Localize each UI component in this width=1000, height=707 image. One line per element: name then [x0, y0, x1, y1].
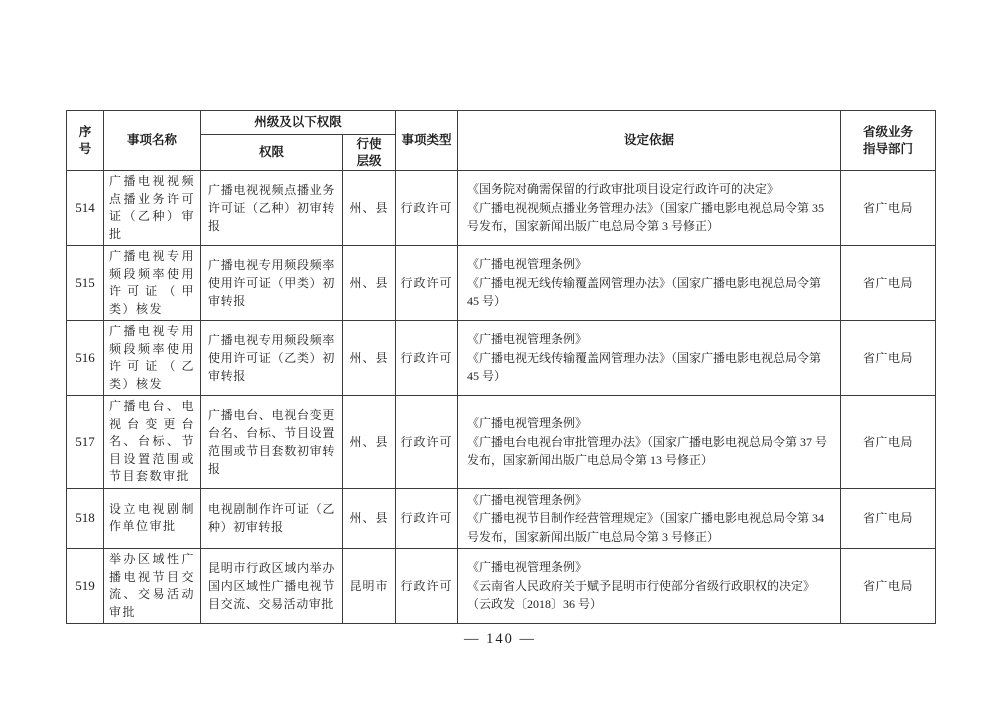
item-name: 广播电台、电视台变更台名、台标、节目设置范围或节目套数审批: [104, 396, 201, 489]
table-row: 517 广播电台、电视台变更台名、台标、节目设置范围或节目套数审批 广播电台、电…: [67, 396, 936, 489]
row-index: 516: [67, 321, 104, 396]
table-row: 518 设立电视剧制作单位审批 电视剧制作许可证（乙种）初审转报 州、县 行政许…: [67, 488, 936, 549]
basis-entry: 《广播电视无线传输覆盖网管理办法》（国家广播电影电视总局令第 45 号）: [467, 349, 831, 386]
basis-entry: 《国务院对确需保留的行政审批项目设定行政许可的决定》: [467, 180, 831, 199]
table-row: 519 举办区域性广播电视节目交流、交易活动审批 昆明市行政区域内举办国内区域性…: [67, 549, 936, 624]
authority-items-table: 序 号 事项名称 州级及以下权限 事项类型 设定依据 省级业务 指导部门 权限 …: [66, 110, 936, 624]
basis-entry: 《广播电视管理条例》: [467, 491, 831, 510]
header-basis: 设定依据: [458, 111, 841, 171]
row-index: 514: [67, 171, 104, 246]
item-basis: 《国务院对确需保留的行政审批项目设定行政许可的决定》 《广播电视视频点播业务管理…: [458, 171, 841, 246]
item-type: 行政许可: [396, 396, 458, 489]
item-type: 行政许可: [396, 549, 458, 624]
header-item-type: 事项类型: [396, 111, 458, 171]
item-permission: 广播电视专用频段频率使用许可证（甲类）初审转报: [201, 246, 343, 321]
basis-entry: 《广播电视管理条例》: [467, 414, 831, 433]
table-row: 516 广播电视专用频段频率使用许可证（乙类）核发 广播电视专用频段频率使用许可…: [67, 321, 936, 396]
table-row: 515 广播电视专用频段频率使用许可证（甲类）核发 广播电视专用频段频率使用许可…: [67, 246, 936, 321]
item-dept: 省广电局: [841, 171, 936, 246]
item-type: 行政许可: [396, 246, 458, 321]
item-permission: 昆明市行政区域内举办国内区域性广播电视节目交流、交易活动审批: [201, 549, 343, 624]
item-basis: 《广播电视管理条例》 《广播电台电视台审批管理办法》（国家广播电影电视总局令第 …: [458, 396, 841, 489]
header-level-line1: 行使: [343, 136, 395, 153]
item-permission: 广播电视专用频段频率使用许可证（乙类）初审转报: [201, 321, 343, 396]
item-dept: 省广电局: [841, 549, 936, 624]
header-row-top: 序 号 事项名称 州级及以下权限 事项类型 设定依据 省级业务 指导部门: [67, 111, 936, 135]
header-dept-line2: 指导部门: [841, 141, 935, 158]
row-index: 518: [67, 488, 104, 549]
item-permission: 电视剧制作许可证（乙种）初审转报: [201, 488, 343, 549]
row-index: 519: [67, 549, 104, 624]
basis-entry: 《云南省人民政府关于赋予昆明市行使部分省级行政职权的决定》（云政发〔2018〕3…: [467, 577, 831, 614]
basis-entry: 《广播电台电视台审批管理办法》（国家广播电影电视总局令第 37 号发布，国家新闻…: [467, 433, 831, 470]
basis-entry: 《广播电视管理条例》: [467, 330, 831, 349]
header-level: 行使 层级: [343, 135, 396, 171]
item-type: 行政许可: [396, 488, 458, 549]
header-item-name: 事项名称: [104, 111, 201, 171]
header-index-line2: 号: [67, 141, 103, 158]
item-level: 州、县: [343, 488, 396, 549]
basis-entry: 《广播电视管理条例》: [467, 255, 831, 274]
item-permission: 广播电台、电视台变更台名、台标、节目设置范围或节目套数初审转报: [201, 396, 343, 489]
table-row: 514 广播电视视频点播业务许可证（乙种）审批 广播电视视频点播业务许可证（乙种…: [67, 171, 936, 246]
header-permission: 权限: [201, 135, 343, 171]
item-dept: 省广电局: [841, 321, 936, 396]
item-dept: 省广电局: [841, 246, 936, 321]
item-name: 举办区域性广播电视节目交流、交易活动审批: [104, 549, 201, 624]
header-level-line2: 层级: [343, 153, 395, 170]
item-level: 州、县: [343, 321, 396, 396]
header-dept-line1: 省级业务: [841, 124, 935, 141]
item-basis: 《广播电视管理条例》 《云南省人民政府关于赋予昆明市行使部分省级行政职权的决定》…: [458, 549, 841, 624]
item-basis: 《广播电视管理条例》 《广播电视节目制作经营管理规定》（国家广播电影电视总局令第…: [458, 488, 841, 549]
header-index-line1: 序: [67, 124, 103, 141]
item-level: 州、县: [343, 171, 396, 246]
item-dept: 省广电局: [841, 488, 936, 549]
header-index: 序 号: [67, 111, 104, 171]
basis-entry: 《广播电视视频点播业务管理办法》（国家广播电影电视总局令第 35 号发布，国家新…: [467, 199, 831, 236]
basis-entry: 《广播电视无线传输覆盖网管理办法》（国家广播电影电视总局令第 45 号）: [467, 274, 831, 311]
item-level: 州、县: [343, 246, 396, 321]
item-name: 广播电视专用频段频率使用许可证（甲类）核发: [104, 246, 201, 321]
document-page: 序 号 事项名称 州级及以下权限 事项类型 设定依据 省级业务 指导部门 权限 …: [0, 0, 1000, 707]
row-index: 515: [67, 246, 104, 321]
row-index: 517: [67, 396, 104, 489]
item-dept: 省广电局: [841, 396, 936, 489]
item-name: 设立电视剧制作单位审批: [104, 488, 201, 549]
page-number: — 140 —: [0, 631, 1000, 648]
basis-entry: 《广播电视管理条例》: [467, 558, 831, 577]
item-basis: 《广播电视管理条例》 《广播电视无线传输覆盖网管理办法》（国家广播电影电视总局令…: [458, 321, 841, 396]
item-type: 行政许可: [396, 171, 458, 246]
item-level: 昆明市: [343, 549, 396, 624]
item-permission: 广播电视视频点播业务许可证（乙种）初审转报: [201, 171, 343, 246]
item-name: 广播电视视频点播业务许可证（乙种）审批: [104, 171, 201, 246]
header-prefecture-group: 州级及以下权限: [201, 111, 396, 135]
item-basis: 《广播电视管理条例》 《广播电视无线传输覆盖网管理办法》（国家广播电影电视总局令…: [458, 246, 841, 321]
basis-entry: 《广播电视节目制作经营管理规定》（国家广播电影电视总局令第 34 号发布，国家新…: [467, 509, 831, 546]
header-dept: 省级业务 指导部门: [841, 111, 936, 171]
item-type: 行政许可: [396, 321, 458, 396]
item-name: 广播电视专用频段频率使用许可证（乙类）核发: [104, 321, 201, 396]
item-level: 州、县: [343, 396, 396, 489]
